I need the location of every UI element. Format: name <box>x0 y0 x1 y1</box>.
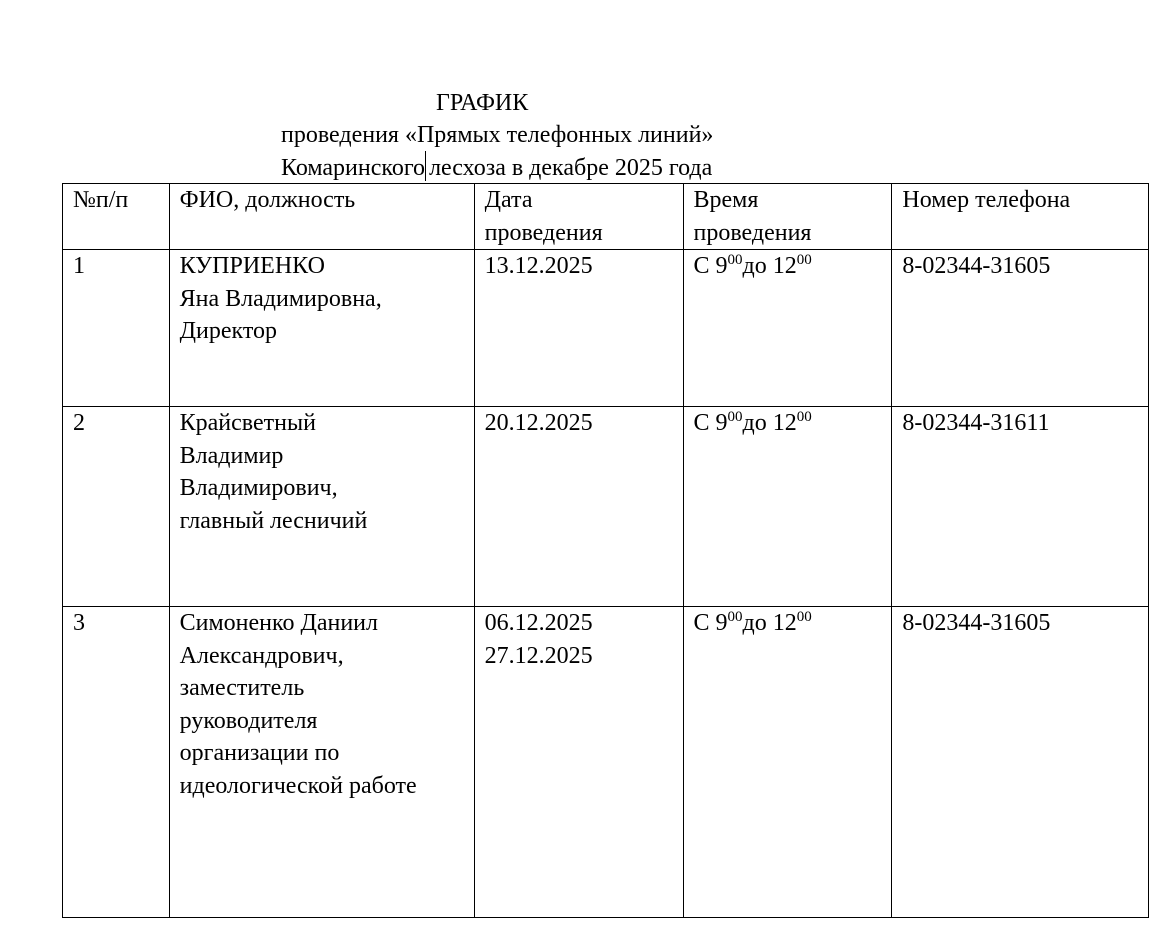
time-to-minutes: 00 <box>797 609 812 625</box>
name-line: Владимирович, <box>180 472 464 505</box>
row-number: 2 <box>63 407 170 607</box>
time-from-minutes: 00 <box>728 609 743 625</box>
header-phone: Номер телефона <box>892 184 1149 250</box>
name-line: КУПРИЕНКО <box>180 250 464 283</box>
header-time-line: Время <box>694 184 882 217</box>
row-number: 1 <box>63 250 170 407</box>
phone-cell: 8-02344-31605 <box>892 250 1149 407</box>
time-to-minutes: 00 <box>797 409 812 425</box>
person-cell: КУПРИЕНКОЯна Владимировна,Директор <box>169 250 474 407</box>
table-row: 3Симоненко ДаниилАлександрович,заместите… <box>63 607 1149 918</box>
phone-cell: 8-02344-31605 <box>892 607 1149 918</box>
time-from-minutes: 00 <box>728 252 743 268</box>
time-prefix: С 9 <box>694 253 728 279</box>
schedule-table: №п/п ФИО, должность Датапроведения Время… <box>62 183 1149 918</box>
date-value: 13.12.2025 <box>485 250 673 283</box>
text-cursor <box>425 151 426 181</box>
time-to-minutes: 00 <box>797 252 812 268</box>
table-row: 1КУПРИЕНКОЯна Владимировна,Директор13.12… <box>63 250 1149 407</box>
date-cell: 20.12.2025 <box>474 407 683 607</box>
name-line: Директор <box>180 315 464 348</box>
document-subtitle-2: Комаринскоголесхоза в декабре 2025 года <box>281 151 1149 184</box>
row-number: 3 <box>63 607 170 918</box>
person-cell: Симоненко ДаниилАлександрович,заместител… <box>169 607 474 918</box>
header-time: Времяпроведения <box>683 184 892 250</box>
header-number: №п/п <box>63 184 170 250</box>
time-cell: С 900до 1200 <box>683 407 892 607</box>
table-header-row: №п/п ФИО, должность Датапроведения Время… <box>63 184 1149 250</box>
time-from-minutes: 00 <box>728 409 743 425</box>
time-mid: до 12 <box>743 410 797 436</box>
time-cell: С 900до 1200 <box>683 607 892 918</box>
date-cell: 06.12.202527.12.2025 <box>474 607 683 918</box>
person-cell: КрайсветныйВладимирВладимирович,главный … <box>169 407 474 607</box>
name-line: Владимир <box>180 440 464 473</box>
name-line: Яна Владимировна, <box>180 283 464 316</box>
header-name: ФИО, должность <box>169 184 474 250</box>
header-date-line: Дата <box>485 184 673 217</box>
name-line: идеологической работе <box>180 770 464 803</box>
name-line: Симоненко Даниил <box>180 607 464 640</box>
time-mid: до 12 <box>743 610 797 636</box>
name-line: заместитель <box>180 672 464 705</box>
date-cell: 13.12.2025 <box>474 250 683 407</box>
document-subtitle: проведения «Прямых телефонных линий» <box>281 119 1149 151</box>
time-mid: до 12 <box>743 253 797 279</box>
time-cell: С 900до 1200 <box>683 250 892 407</box>
header-date: Датапроведения <box>474 184 683 250</box>
time-prefix: С 9 <box>694 610 728 636</box>
name-line: главный лесничий <box>180 505 464 538</box>
header-date-line: проведения <box>485 217 673 250</box>
name-line: руководителя <box>180 705 464 738</box>
phone-cell: 8-02344-31611 <box>892 407 1149 607</box>
title-part-1: Комаринского <box>281 155 425 181</box>
name-line: Александрович, <box>180 640 464 673</box>
date-value: 20.12.2025 <box>485 407 673 440</box>
table-row: 2КрайсветныйВладимирВладимирович,главный… <box>63 407 1149 607</box>
title-part-2: лесхоза в декабре 2025 года <box>429 155 712 181</box>
time-prefix: С 9 <box>694 410 728 436</box>
date-value: 06.12.2025 <box>485 607 673 640</box>
date-value: 27.12.2025 <box>485 640 673 673</box>
header-time-line: проведения <box>694 217 882 250</box>
name-line: организации по <box>180 737 464 770</box>
name-line: Крайсветный <box>180 407 464 440</box>
document-title: ГРАФИК <box>436 87 1149 119</box>
